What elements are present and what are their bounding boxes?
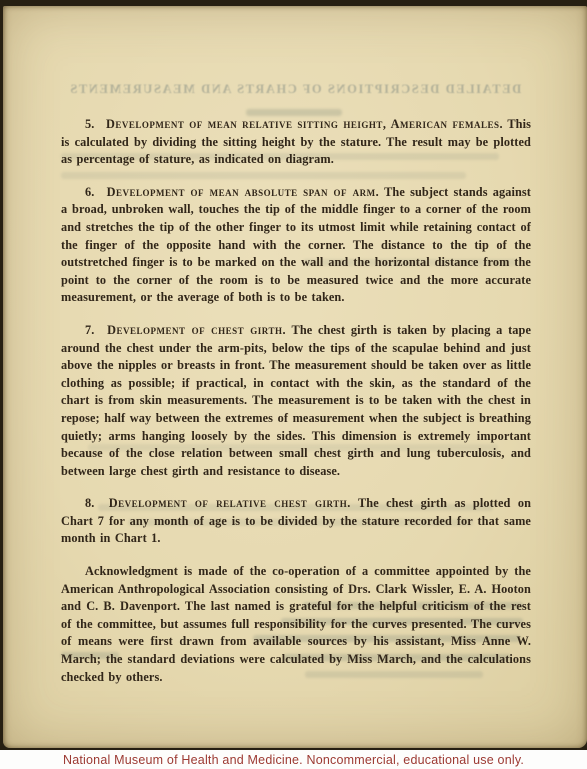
- paragraph-heading: Development of chest girth.: [107, 323, 286, 337]
- paragraph-text: The subject stands against a broad, unbr…: [61, 185, 531, 305]
- paragraph-8: 8. Development of relative chest girth. …: [61, 495, 531, 548]
- footer-caption-text: National Museum of Health and Medicine. …: [63, 753, 524, 767]
- paragraph-number: 7.: [85, 323, 94, 337]
- paragraph-text: The chest girth is taken by placing a ta…: [61, 323, 531, 478]
- paragraph-6: 6. Development of mean absolute span of …: [61, 184, 531, 307]
- paragraph-7: 7. Development of chest girth. The chest…: [61, 322, 531, 480]
- paragraph-heading: Development of mean absolute span of arm…: [107, 185, 380, 199]
- page-text-block: 5. Development of mean relative sitting …: [3, 6, 587, 701]
- paragraph-number: 6.: [85, 185, 94, 199]
- scanned-page: DETAILED DESCRIPTIONS OF CHARTS AND MEAS…: [3, 6, 587, 748]
- paragraph-heading: Development of relative chest girth.: [109, 496, 351, 510]
- scanned-document-screenshot: { "document": { "paragraphs": [ { "numbe…: [0, 0, 587, 769]
- paragraph-5: 5. Development of mean relative sitting …: [61, 116, 531, 169]
- paragraph-heading: Development of mean relative sitting hei…: [106, 117, 503, 131]
- acknowledgment-paragraph: Acknowledgment is made of the co-operati…: [61, 563, 531, 686]
- footer-caption-bar: National Museum of Health and Medicine. …: [0, 750, 587, 769]
- paragraph-number: 5.: [85, 117, 94, 131]
- paragraph-number: 8.: [85, 496, 94, 510]
